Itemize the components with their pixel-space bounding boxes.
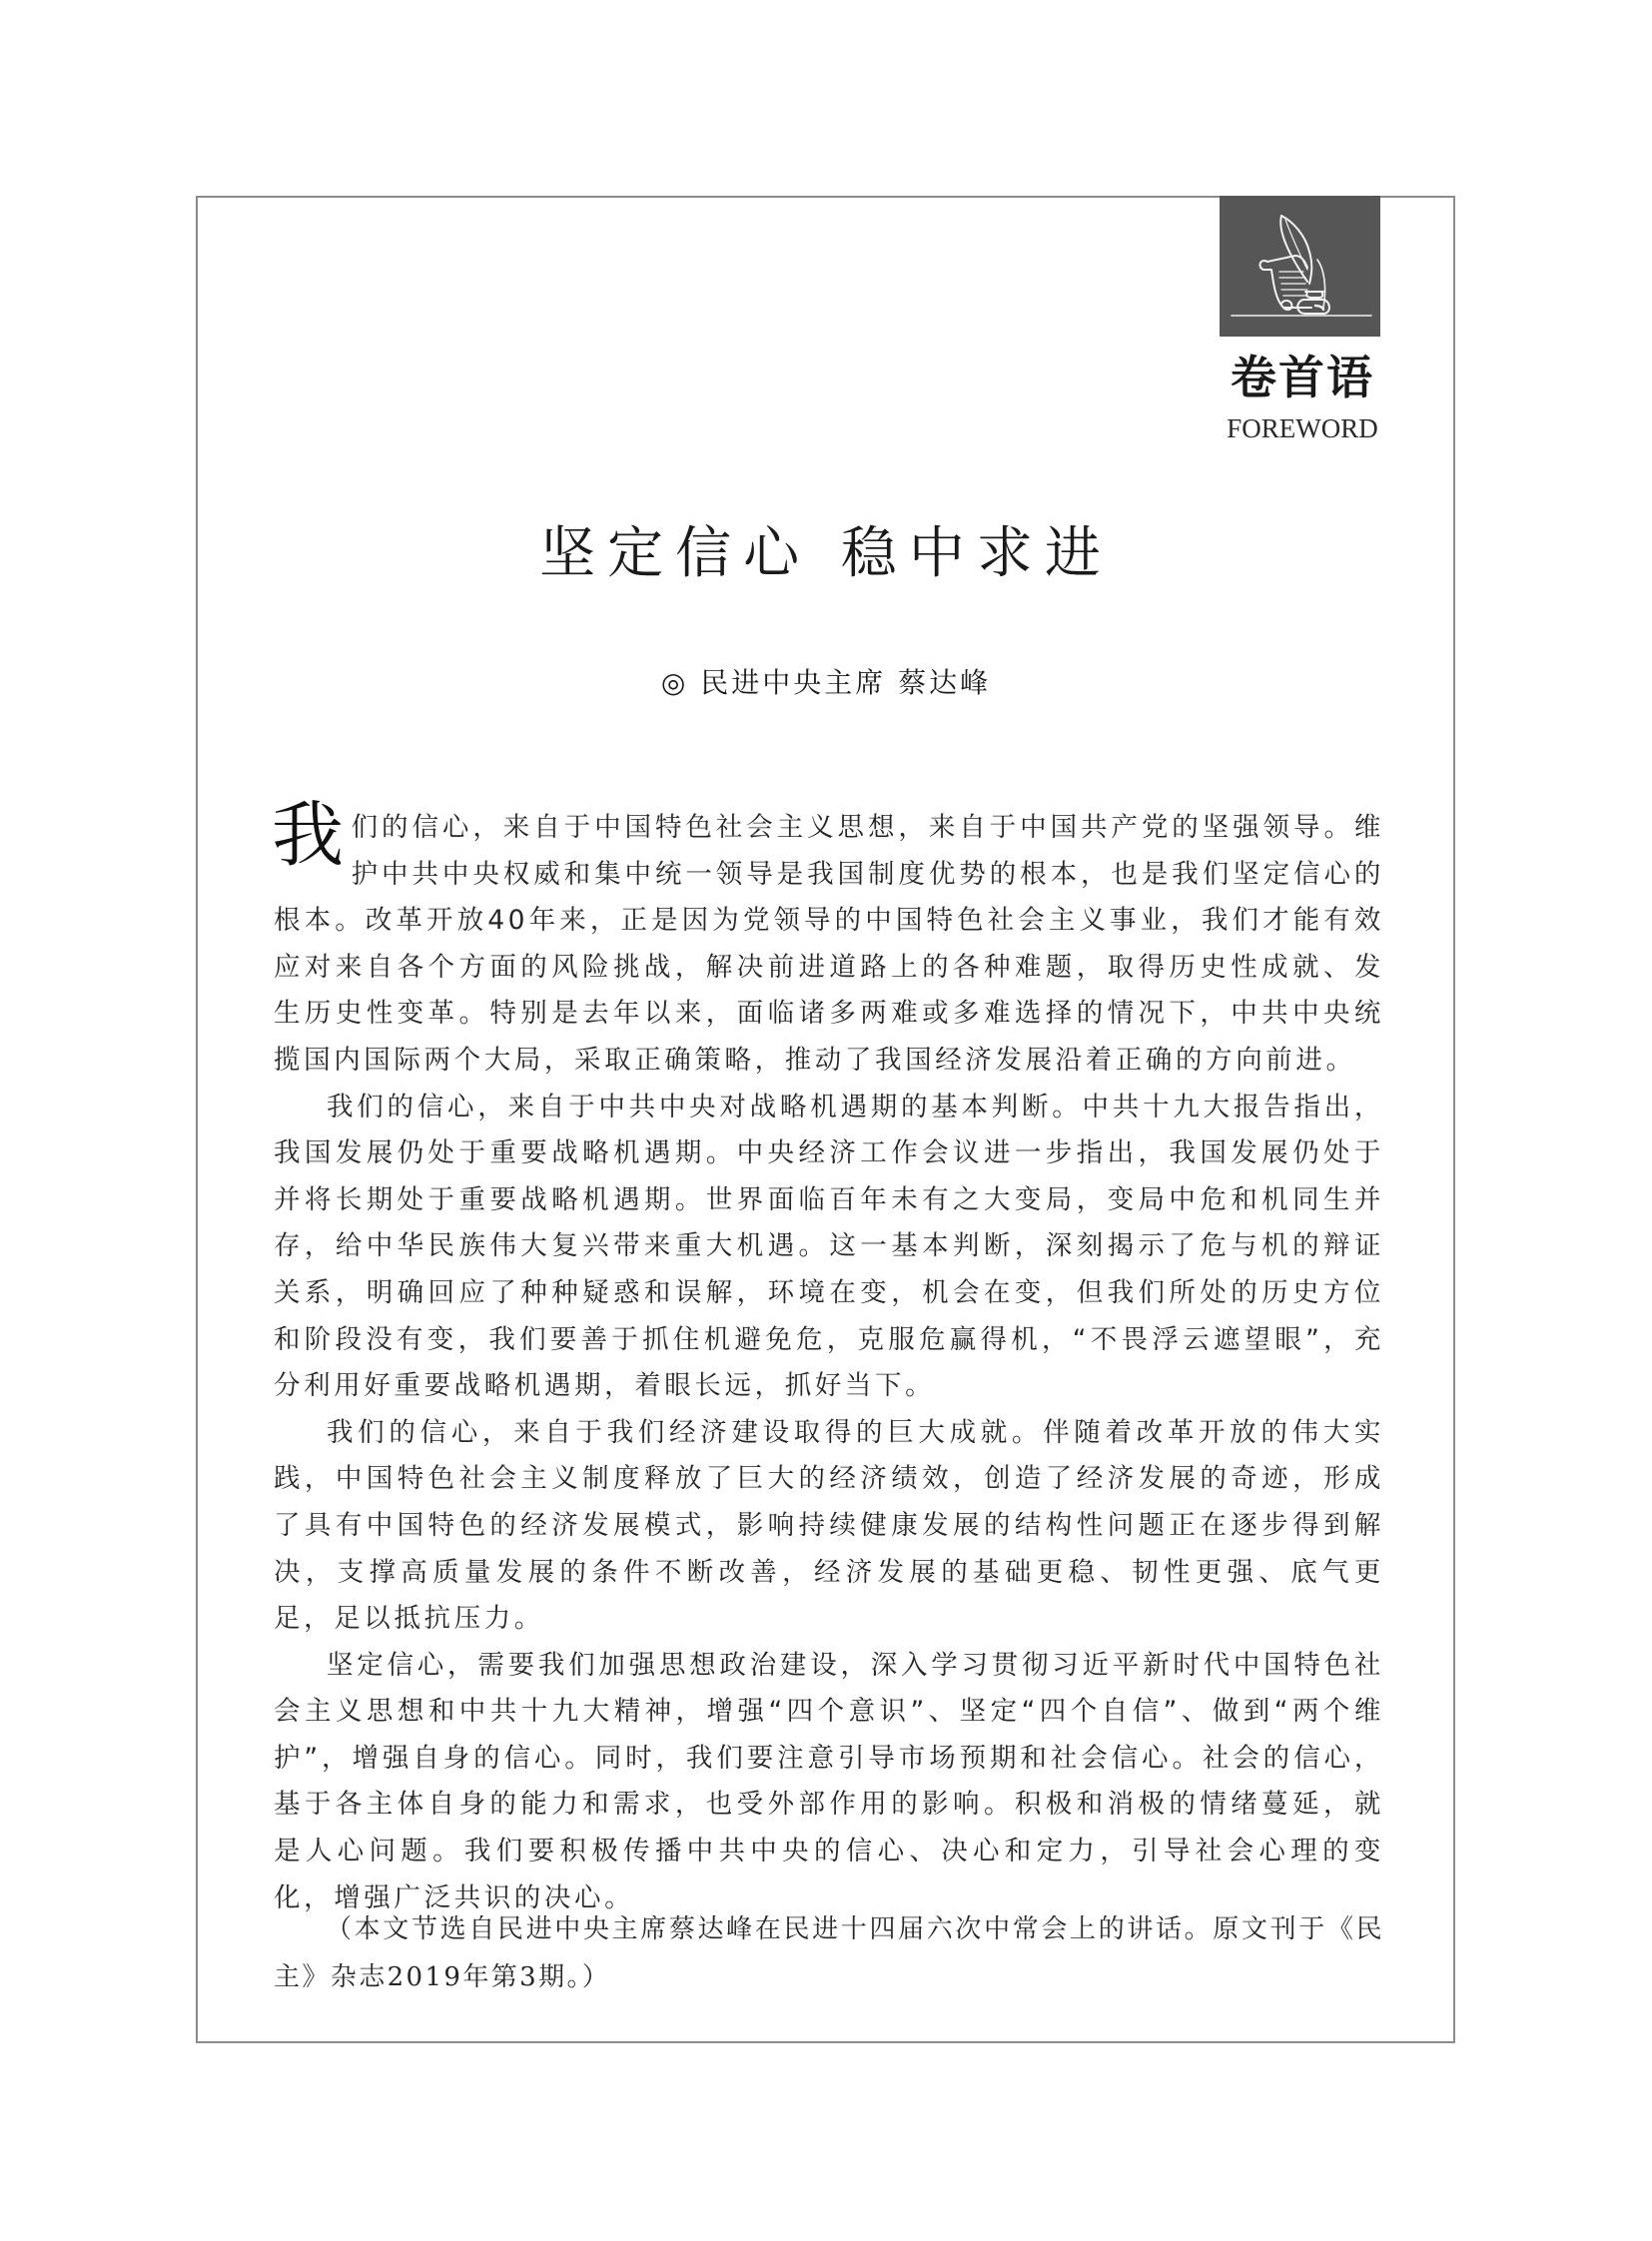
drop-cap: 我	[272, 799, 348, 873]
section-subtitle: FOREWORD	[1218, 413, 1387, 443]
quill-scroll-icon	[1220, 196, 1380, 337]
paragraph-2: 我们的信心，来自于中共中央对战略机遇期的基本判断。中共十九大报告指出，我国发展仍…	[274, 1085, 1384, 1410]
article-title: 坚定信心 稳中求进	[0, 519, 1652, 589]
section-title: 卷首语	[1218, 352, 1387, 403]
paragraph-1: 我们的信心，来自于中国特色社会主义思想，来自于中国共产党的坚强领导。维护中共中央…	[274, 805, 1384, 1085]
paragraph-1-text: 们的信心，来自于中国特色社会主义思想，来自于中国共产党的坚强领导。维护中共中央权…	[274, 812, 1384, 1076]
paragraph-4: 坚定信心，需要我们加强思想政治建设，深入学习贯彻习近平新时代中国特色社会主义思想…	[274, 1643, 1384, 1922]
source-note-text: （本文节选自民进中央主席蔡达峰在民进十四届六次中常会上的讲话。原文刊于《民主》杂…	[274, 1905, 1384, 2001]
source-note: （本文节选自民进中央主席蔡达峰在民进十四届六次中常会上的讲话。原文刊于《民主》杂…	[274, 1905, 1384, 2001]
article-byline: ◎ 民进中央主席 蔡达峰	[0, 665, 1652, 701]
section-icon-box	[1220, 196, 1380, 337]
article-body: 我们的信心，来自于中国特色社会主义思想，来自于中国共产党的坚强领导。维护中共中央…	[274, 805, 1384, 1921]
paragraph-3: 我们的信心，来自于我们经济建设取得的巨大成就。伴随着改革开放的伟大实践，中国特色…	[274, 1410, 1384, 1643]
